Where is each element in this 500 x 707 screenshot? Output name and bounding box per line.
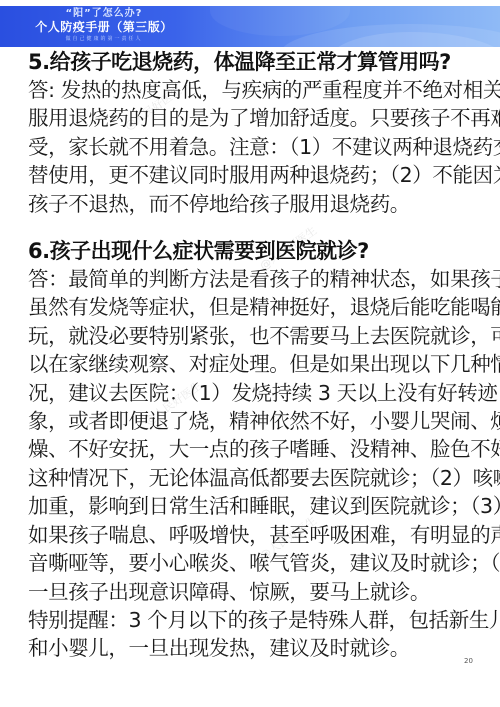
document-content: 5.给孩子吃退烧药，体温降至正常才算管用吗? 答: 发热的热度高低，与疾病的严重… — [28, 48, 478, 663]
banner-subtitle: 做自己健康的第一责任人 — [34, 35, 174, 43]
paragraph-line: 答: 发热的热度高低，与疾病的严重程度并不绝对相关。 — [28, 76, 478, 104]
paragraph-line: 替使用，更不建议同时服用两种退烧药；（2）不能因为 — [28, 161, 478, 189]
banner-title: 个人防疫手册（第三版） — [34, 20, 174, 35]
paragraph-line: 一旦孩子出现意识障碍、惊厥，要马上就诊。 — [28, 578, 478, 606]
paragraph-line: 以在家继续观察、对症处理。但是如果出现以下几种情 — [28, 350, 478, 378]
page-number: 20 — [464, 657, 473, 665]
paragraph-line: 孩子不退热，而不停地给孩子服用退烧药。 — [28, 190, 478, 218]
paragraph-line: 象，或者即便退了烧，精神依然不好，小婴儿哭闹、烦 — [28, 407, 478, 435]
paragraph-line: 玩，就没必要特别紧张，也不需要马上去医院就诊，可 — [28, 322, 478, 350]
special-reminder-line: 特别提醒：3 个月以下的孩子是特殊人群，包括新生儿 — [28, 606, 478, 634]
paragraph-line: 答：最简单的判断方法是看孩子的精神状态，如果孩子 — [28, 265, 478, 293]
paragraph-line: 服用退烧药的目的是为了增加舒适度。只要孩子不再难 — [28, 104, 478, 132]
special-reminder-line: 和小婴儿，一旦出现发热，建议及时就诊。 — [28, 634, 478, 662]
paragraph-line: 音嘶哑等，要小心喉炎、喉气管炎，建议及时就诊；（4） — [28, 549, 478, 577]
section-spacer — [28, 218, 478, 237]
section-heading-5: 5.给孩子吃退烧药，体温降至正常才算管用吗? — [28, 48, 478, 76]
section-heading-6: 6.孩子出现什么症状需要到医院就诊? — [28, 237, 478, 265]
header-banner: “阳”了怎么办? 个人防疫手册（第三版） 做自己健康的第一责任人 — [0, 6, 500, 47]
banner-question: “阳”了怎么办? — [34, 8, 174, 20]
paragraph-line: 虽然有发烧等症状，但是精神挺好，退烧后能吃能喝能 — [28, 293, 478, 321]
paragraph-line: 加重，影响到日常生活和睡眠，建议到医院就诊；（3） — [28, 492, 478, 520]
paragraph-line: 这种情况下，无论体温高低都要去医院就诊；（2）咳嗽 — [28, 464, 478, 492]
paragraph-line: 如果孩子喘息、呼吸增快，甚至呼吸困难，有明显的声 — [28, 521, 478, 549]
banner-text-block: “阳”了怎么办? 个人防疫手册（第三版） 做自己健康的第一责任人 — [34, 8, 174, 43]
paragraph-line: 况，建议去医院：（1）发烧持续 3 天以上没有好转迹 — [28, 379, 478, 407]
paragraph-line: 燥、不好安抚，大一点的孩子嗜睡、没精神、脸色不好， — [28, 435, 478, 463]
paragraph-line: 受，家长就不用着急。注意：（1）不建议两种退烧药交 — [28, 133, 478, 161]
